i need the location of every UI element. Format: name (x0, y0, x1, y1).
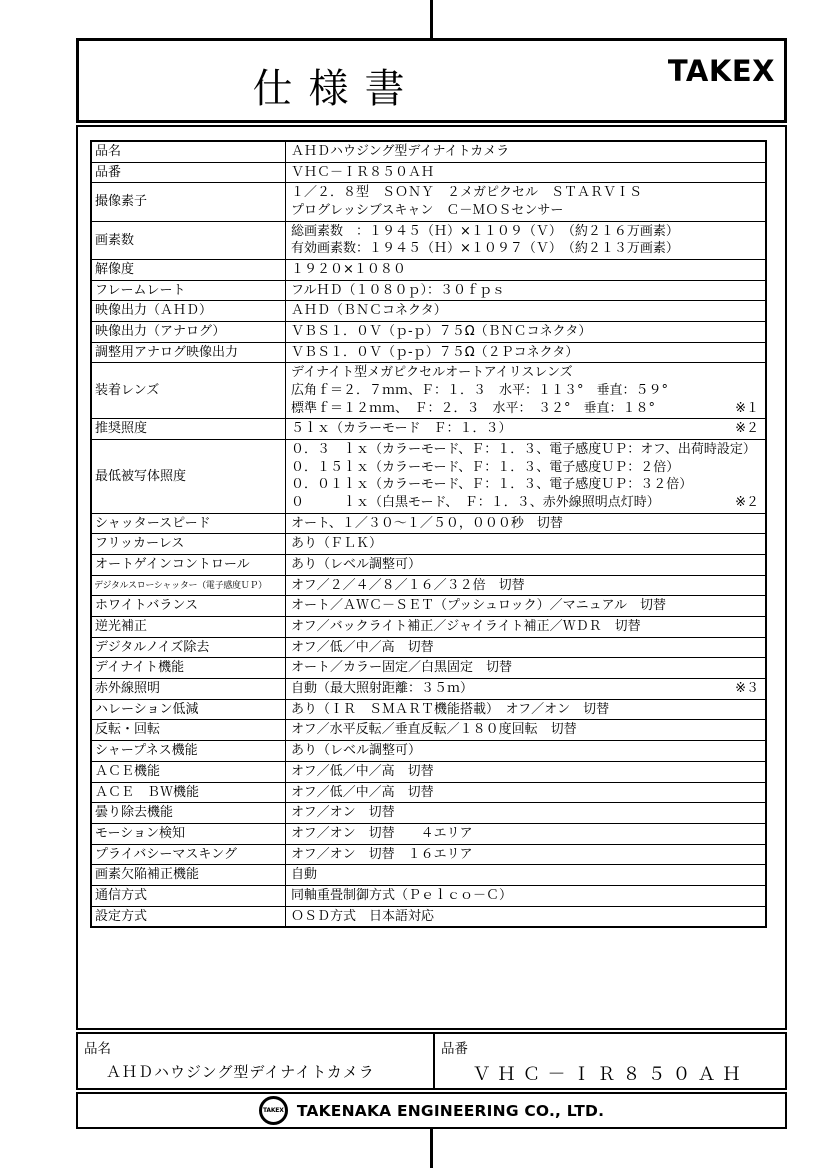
note-mark: ※１ (735, 400, 759, 418)
spec-body: 品名ＡＨＤハウジング型デイナイトカメラ品番ＶＨＣ－ＩＲ８５０ＡＨ撮像素子１／２．… (76, 125, 787, 1030)
spec-row: 映像出力（ＡＨＤ）ＡＨＤ（ＢＮＣコネクタ） (91, 301, 766, 322)
spec-value-cell: 総画素数 ：１９４５（Ｈ）×１１０９（Ｖ） （約２１６万画素） 有効画素数：１９… (286, 221, 767, 259)
takex-wordmark: TAKEX (668, 54, 775, 88)
spec-row: 画素数総画素数 ：１９４５（Ｈ）×１１０９（Ｖ） （約２１６万画素） 有効画素数… (91, 221, 766, 259)
spec-value-cell: オフ／水平反転／垂直反転／１８０度回転 切替 (286, 720, 767, 741)
spec-label: 装着レンズ (91, 363, 286, 419)
spec-value: オフ／バックライト補正／ジャイライト補正／ＷＤＲ 切替 (291, 619, 641, 634)
note-mark: ※３ (735, 680, 759, 698)
spec-label: フレームレート (91, 280, 286, 301)
company-footer: TAKEX TAKENAKA ENGINEERING CO., LTD. (76, 1092, 787, 1129)
spec-value-cell: ０．３ ｌｘ（カラーモード、Ｆ：１．３、電子感度ＵＰ：オフ、出荷時設定） ０．１… (286, 440, 767, 514)
spec-label: 品名 (91, 141, 286, 162)
spec-table-body: 品名ＡＨＤハウジング型デイナイトカメラ品番ＶＨＣ－ＩＲ８５０ＡＨ撮像素子１／２．… (91, 141, 766, 927)
spec-label: 解像度 (91, 260, 286, 281)
spec-value-cell: ＶＨＣ－ＩＲ８５０ＡＨ (286, 162, 767, 183)
spec-row: 映像出力（アナログ）ＶＢＳ１．０Ｖ（ｐ-ｐ）７５Ω（ＢＮＣコネクタ） (91, 322, 766, 343)
spec-table: 品名ＡＨＤハウジング型デイナイトカメラ品番ＶＨＣ－ＩＲ８５０ＡＨ撮像素子１／２．… (90, 140, 767, 928)
spec-label: 曇り除去機能 (91, 803, 286, 824)
spec-label: デイナイト機能 (91, 658, 286, 679)
spec-label: 推奨照度 (91, 419, 286, 440)
spec-label: ハレーション低減 (91, 699, 286, 720)
spec-label: 撮像素子 (91, 183, 286, 221)
spec-value: オフ／水平反転／垂直反転／１８０度回転 切替 (291, 722, 577, 737)
spec-label: シャッタースピード (91, 513, 286, 534)
spec-value: あり（ＦＬＫ） (291, 536, 382, 551)
spec-value-cell: 自動 (286, 865, 767, 886)
spec-label: 最低被写体照度 (91, 440, 286, 514)
spec-label: 通信方式 (91, 885, 286, 906)
spec-row: 装着レンズデイナイト型メガピクセルオートアイリスレンズ 広角ｆ＝２．７ｍｍ、Ｆ：… (91, 363, 766, 419)
spec-row: オートゲインコントロールあり（レベル調整可） (91, 555, 766, 576)
spec-row: プライバシーマスキングオフ／オン 切替 １６エリア (91, 844, 766, 865)
spec-row: 画素欠陥補正機能自動 (91, 865, 766, 886)
spec-value-cell: ＡＨＤハウジング型デイナイトカメラ (286, 141, 767, 162)
spec-row: 解像度１９２０×１０８０ (91, 260, 766, 281)
spec-value-cell: ＶＢＳ１．０Ｖ（ｐ-ｐ）７５Ω（２Ｐコネクタ） (286, 342, 767, 363)
spec-label: モーション検知 (91, 823, 286, 844)
spec-value: ＡＨＤハウジング型デイナイトカメラ (291, 144, 509, 159)
spec-row: 撮像素子１／２．８型 ＳＯＮＹ ２メガピクセル ＳＴＡＲＶＩＳ プログレッシブス… (91, 183, 766, 221)
spec-row: シャッタースピードオート、１／３０～１／５０，０００秒 切替 (91, 513, 766, 534)
spec-value-cell: オフ／低／中／高 切替 (286, 782, 767, 803)
spec-label: ホワイトバランス (91, 596, 286, 617)
spec-row: ハレーション低減あり（ＩＲ ＳＭＡＲＴ機能搭載） オフ／オン 切替 (91, 699, 766, 720)
spec-label: 映像出力（ＡＨＤ） (91, 301, 286, 322)
spec-value-cell: デイナイト型メガピクセルオートアイリスレンズ 広角ｆ＝２．７ｍｍ、Ｆ：１．３ 水… (286, 363, 767, 419)
footer-id-box: 品名 ＡＨＤハウジング型デイナイトカメラ 品番 ＶＨＣ－ＩＲ８５０ＡＨ (76, 1032, 787, 1090)
spec-row: 反転・回転オフ／水平反転／垂直反転／１８０度回転 切替 (91, 720, 766, 741)
spec-value-cell: オフ／低／中／高 切替 (286, 761, 767, 782)
spec-value-cell: オフ／２／４／８／１６／３２倍 切替 (286, 575, 767, 596)
spec-label: 映像出力（アナログ） (91, 322, 286, 343)
takex-logo-icon: TAKEX (259, 1096, 288, 1125)
footer-model-value: ＶＨＣ－ＩＲ８５０ＡＨ (441, 1060, 779, 1086)
spec-value-cell: オート／ＡＷＣ－ＳＥＴ（プッシュロック）／マニュアル 切替 (286, 596, 767, 617)
spec-value-cell: 自動（最大照射距離：３５ｍ）※３ (286, 679, 767, 700)
spec-row: 逆光補正オフ／バックライト補正／ジャイライト補正／ＷＤＲ 切替 (91, 617, 766, 638)
spec-label: 品番 (91, 162, 286, 183)
spec-value-cell: あり（レベル調整可） (286, 555, 767, 576)
company-name: TAKENAKA ENGINEERING CO., LTD. (297, 1102, 604, 1120)
spec-value: ＡＨＤ（ＢＮＣコネクタ） (291, 303, 447, 318)
spec-label: 逆光補正 (91, 617, 286, 638)
spec-value-cell: オフ／バックライト補正／ジャイライト補正／ＷＤＲ 切替 (286, 617, 767, 638)
footer-name-value: ＡＨＤハウジング型デイナイトカメラ (106, 1061, 427, 1082)
spec-row: 調整用アナログ映像出力ＶＢＳ１．０Ｖ（ｐ-ｐ）７５Ω（２Ｐコネクタ） (91, 342, 766, 363)
spec-label: 赤外線照明 (91, 679, 286, 700)
spec-row: フレームレートフルＨＤ（１０８０ｐ）：３０ｆｐｓ (91, 280, 766, 301)
spec-value-cell: フルＨＤ（１０８０ｐ）：３０ｆｐｓ (286, 280, 767, 301)
spec-value: オフ／２／４／８／１６／３２倍 切替 (291, 578, 525, 593)
spec-value-cell: ＶＢＳ１．０Ｖ（ｐ-ｐ）７５Ω（ＢＮＣコネクタ） (286, 322, 767, 343)
spec-row: 品名ＡＨＤハウジング型デイナイトカメラ (91, 141, 766, 162)
spec-value-cell: あり（ＩＲ ＳＭＡＲＴ機能搭載） オフ／オン 切替 (286, 699, 767, 720)
spec-value-cell: １９２０×１０８０ (286, 260, 767, 281)
spec-value-cell: ５ｌｘ（カラーモード Ｆ：１．３）※２ (286, 419, 767, 440)
spec-value: オフ／低／中／高 切替 (291, 785, 434, 800)
spec-value-cell: オフ／低／中／高 切替 (286, 637, 767, 658)
spec-value-cell: あり（ＦＬＫ） (286, 534, 767, 555)
spec-value-cell: オート、１／３０～１／５０，０００秒 切替 (286, 513, 767, 534)
spec-label: 反転・回転 (91, 720, 286, 741)
spec-value: オフ／低／中／高 切替 (291, 640, 434, 655)
spec-label: オートゲインコントロール (91, 555, 286, 576)
spec-value: あり（レベル調整可） (291, 743, 421, 758)
footer-name-cell: 品名 ＡＨＤハウジング型デイナイトカメラ (78, 1034, 435, 1088)
spec-value-cell: オート／カラー固定／白黒固定 切替 (286, 658, 767, 679)
spec-row: 通信方式同軸重畳制御方式（Ｐｅｌｃｏ－Ｃ） (91, 885, 766, 906)
spec-value: あり（ＩＲ ＳＭＡＲＴ機能搭載） オフ／オン 切替 (291, 702, 609, 717)
spec-value: １／２．８型 ＳＯＮＹ ２メガピクセル ＳＴＡＲＶＩＳ プログレッシブスキャン … (291, 185, 642, 218)
spec-value-cell: オフ／オン 切替 １６エリア (286, 844, 767, 865)
spec-row: 推奨照度５ｌｘ（カラーモード Ｆ：１．３）※２ (91, 419, 766, 440)
spec-value: ＶＢＳ１．０Ｖ（ｐ-ｐ）７５Ω（２Ｐコネクタ） (291, 345, 578, 360)
spec-value: ５ｌｘ（カラーモード Ｆ：１．３） (291, 421, 511, 436)
spec-value: あり（レベル調整可） (291, 557, 421, 572)
spec-label: プライバシーマスキング (91, 844, 286, 865)
spec-label: 画素数 (91, 221, 286, 259)
spec-row: シャープネス機能あり（レベル調整可） (91, 741, 766, 762)
spec-value: ０．３ ｌｘ（カラーモード、Ｆ：１．３、電子感度ＵＰ：オフ、出荷時設定） ０．１… (291, 442, 756, 510)
spec-value: 自動 (291, 867, 317, 882)
spec-value: 同軸重畳制御方式（Ｐｅｌｃｏ－Ｃ） (291, 888, 512, 903)
spec-row: ホワイトバランスオート／ＡＷＣ－ＳＥＴ（プッシュロック）／マニュアル 切替 (91, 596, 766, 617)
spec-value-cell: オフ／オン 切替 ４エリア (286, 823, 767, 844)
spec-label: 調整用アナログ映像出力 (91, 342, 286, 363)
takex-logo-text: TAKEX (263, 1107, 284, 1114)
spec-value: 総画素数 ：１９４５（Ｈ）×１１０９（Ｖ） （約２１６万画素） 有効画素数：１９… (291, 224, 679, 257)
spec-value-cell: あり（レベル調整可） (286, 741, 767, 762)
spec-value: １９２０×１０８０ (291, 262, 406, 277)
bottom-center-registration-tick (430, 1128, 433, 1168)
spec-label: フリッカーレス (91, 534, 286, 555)
spec-value: オフ／低／中／高 切替 (291, 764, 434, 779)
spec-row: デジタルノイズ除去オフ／低／中／高 切替 (91, 637, 766, 658)
spec-value-cell: 同軸重畳制御方式（Ｐｅｌｃｏ－Ｃ） (286, 885, 767, 906)
spec-value: オフ／オン 切替 ４エリア (291, 826, 473, 841)
spec-row: デジタルスローシャッター（電子感度ＵＰ）オフ／２／４／８／１６／３２倍 切替 (91, 575, 766, 596)
spec-value: オフ／オン 切替 (291, 805, 395, 820)
spec-value-cell: ＡＨＤ（ＢＮＣコネクタ） (286, 301, 767, 322)
spec-label: 設定方式 (91, 906, 286, 927)
note-mark: ※２ (735, 494, 759, 512)
spec-value-cell: オフ／オン 切替 (286, 803, 767, 824)
spec-label: デジタルスローシャッター（電子感度ＵＰ） (91, 575, 286, 596)
spec-row: ＡＣＥ機能オフ／低／中／高 切替 (91, 761, 766, 782)
spec-label: シャープネス機能 (91, 741, 286, 762)
spec-row: デイナイト機能オート／カラー固定／白黒固定 切替 (91, 658, 766, 679)
spec-label: ＡＣＥ機能 (91, 761, 286, 782)
spec-row: フリッカーレスあり（ＦＬＫ） (91, 534, 766, 555)
spec-value: ＶＨＣ－ＩＲ８５０ＡＨ (291, 165, 434, 180)
header: 仕様書 TAKEX (76, 38, 787, 123)
top-center-registration-tick (430, 0, 433, 39)
spec-row: モーション検知オフ／オン 切替 ４エリア (91, 823, 766, 844)
spec-value: オート／ＡＷＣ－ＳＥＴ（プッシュロック）／マニュアル 切替 (291, 598, 666, 613)
spec-value: オフ／オン 切替 １６エリア (291, 847, 473, 862)
spec-value: オート、１／３０～１／５０，０００秒 切替 (291, 516, 563, 531)
spec-label: ＡＣＥ ＢＷ機能 (91, 782, 286, 803)
spec-value: ＶＢＳ１．０Ｖ（ｐ-ｐ）７５Ω（ＢＮＣコネクタ） (291, 324, 591, 339)
spec-value: オート／カラー固定／白黒固定 切替 (291, 660, 512, 675)
spec-row: 設定方式ＯＳＤ方式 日本語対応 (91, 906, 766, 927)
note-mark: ※２ (735, 420, 759, 438)
spec-row: 品番ＶＨＣ－ＩＲ８５０ＡＨ (91, 162, 766, 183)
spec-label: 画素欠陥補正機能 (91, 865, 286, 886)
spec-row: 曇り除去機能オフ／オン 切替 (91, 803, 766, 824)
footer-model-label: 品番 (441, 1037, 779, 1057)
footer-name-label: 品名 (84, 1037, 427, 1057)
spec-label: デジタルノイズ除去 (91, 637, 286, 658)
spec-row: ＡＣＥ ＢＷ機能オフ／低／中／高 切替 (91, 782, 766, 803)
footer-model-cell: 品番 ＶＨＣ－ＩＲ８５０ＡＨ (435, 1034, 785, 1088)
spec-value: フルＨＤ（１０８０ｐ）：３０ｆｐｓ (291, 283, 505, 298)
spec-value: デイナイト型メガピクセルオートアイリスレンズ 広角ｆ＝２．７ｍｍ、Ｆ：１．３ 水… (291, 365, 668, 415)
spec-row: 赤外線照明自動（最大照射距離：３５ｍ）※３ (91, 679, 766, 700)
spec-row: 最低被写体照度０．３ ｌｘ（カラーモード、Ｆ：１．３、電子感度ＵＰ：オフ、出荷時… (91, 440, 766, 514)
spec-value: 自動（最大照射距離：３５ｍ） (291, 681, 473, 696)
spec-value-cell: ＯＳＤ方式 日本語対応 (286, 906, 767, 927)
spec-value-cell: １／２．８型 ＳＯＮＹ ２メガピクセル ＳＴＡＲＶＩＳ プログレッシブスキャン … (286, 183, 767, 221)
spec-value: ＯＳＤ方式 日本語対応 (291, 909, 434, 924)
